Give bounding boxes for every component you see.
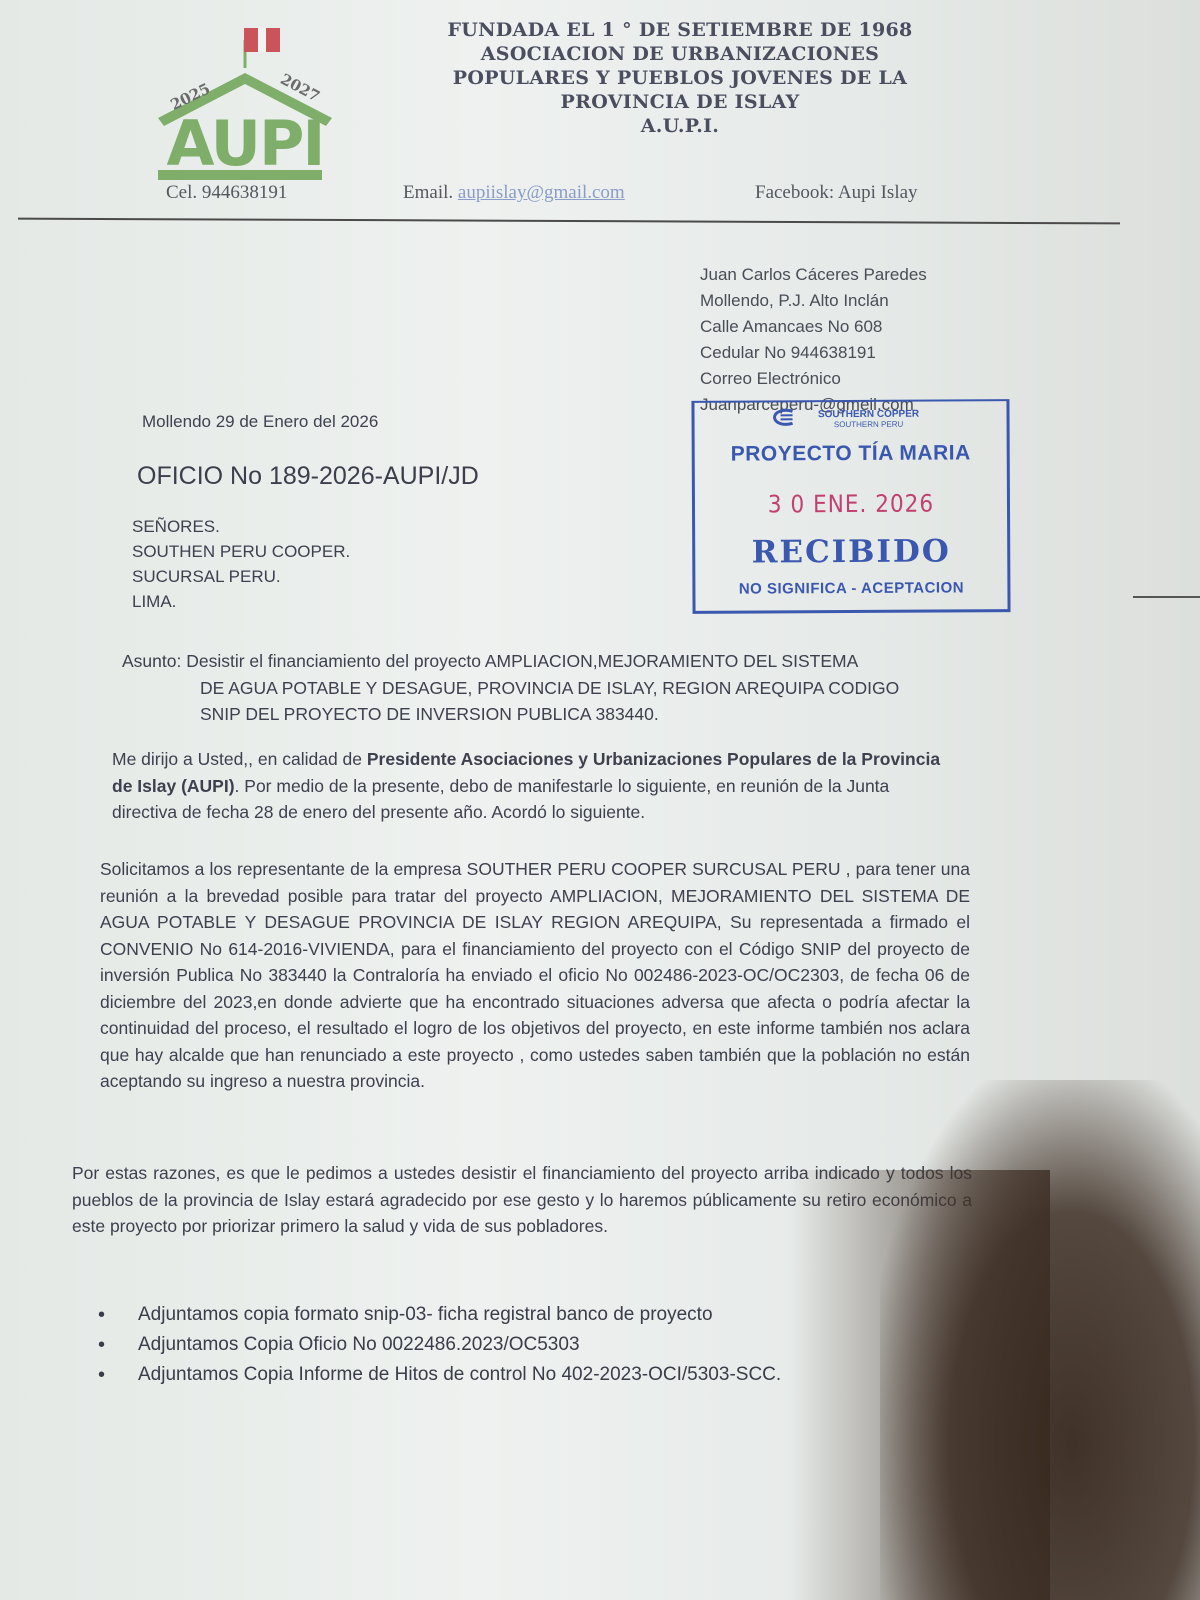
subject: Asunto: Desistir el financiamiento del p…	[122, 648, 962, 728]
sender-address: Mollendo, P.J. Alto Inclán	[700, 288, 927, 314]
stamp-company: SOUTHERN COPPER SOUTHERN PERU	[798, 410, 938, 431]
subject-line: Desistir el financiamiento del proyecto …	[186, 651, 858, 671]
stamp-project: PROYECTO TÍA MARIA	[695, 441, 1007, 467]
phone: Cel. 944638191	[166, 182, 287, 204]
attachment-item: Adjuntamos Copia Informe de Hitos de con…	[96, 1360, 781, 1390]
stamp-company-name: SOUTHERN COPPER	[818, 409, 919, 421]
attachment-item: Adjuntamos Copia Oficio No 0022486.2023/…	[96, 1330, 781, 1360]
document-reference: OFICIO No 189-2026-AUPI/JD	[137, 462, 479, 491]
recipient-line: SEÑORES.	[132, 514, 350, 539]
attachment-item: Adjuntamos copia formato snip-03- ficha …	[96, 1300, 781, 1330]
facebook: Facebook: Aupi Islay	[755, 182, 918, 204]
letterhead-divider	[18, 218, 1120, 225]
house-flag-logo-icon: 2025 2027 AUPI	[150, 18, 340, 188]
title-line: FUNDADA EL 1 ° DE SETIEMBRE DE 1968	[420, 18, 940, 42]
title-line: POPULARES Y PUEBLOS JOVENES DE LA	[420, 66, 940, 90]
received-stamp: SOUTHERN COPPER SOUTHERN PERU PROYECTO T…	[691, 399, 1010, 614]
place-date: Mollendo 29 de Enero del 2026	[142, 412, 378, 432]
closing-paragraph: Por estas razones, es que le pedimos a u…	[72, 1160, 972, 1240]
email-block: Email. aupiislay@gmail.com	[403, 182, 625, 204]
stamp-company-sub: SOUTHERN PERU	[799, 420, 939, 431]
title-line: ASOCIACION DE URBANIZACIONES	[420, 42, 940, 66]
intro-text: Me dirijo a Usted,, en calidad de	[112, 749, 367, 769]
subject-line: DE AGUA POTABLE Y DESAGUE, PROVINCIA DE …	[122, 675, 962, 702]
email-label: Email.	[403, 182, 453, 203]
sender-name: Juan Carlos Cáceres Paredes	[700, 262, 927, 288]
recipient-line: SUCURSAL PERU.	[132, 564, 350, 589]
subject-label: Asunto:	[122, 648, 181, 675]
recipient-block: SEÑORES. SOUTHEN PERU COOPER. SUCURSAL P…	[132, 514, 350, 614]
organization-title: FUNDADA EL 1 ° DE SETIEMBRE DE 1968 ASOC…	[420, 18, 940, 138]
aupi-logo: 2025 2027 AUPI	[150, 18, 340, 188]
edge-line	[1133, 596, 1200, 598]
body-paragraph: Solicitamos a los representante de la em…	[100, 856, 970, 1095]
stamp-status: RECIBIDO	[695, 533, 1007, 571]
recipient-line: LIMA.	[132, 589, 350, 614]
sender-email-label: Correo Electrónico	[700, 366, 927, 392]
title-line: PROVINCIA DE ISLAY	[420, 90, 940, 114]
sender-phone: Cedular No 944638191	[700, 340, 927, 366]
email-link[interactable]: aupiislay@gmail.com	[458, 182, 625, 203]
photo-shadow-dark	[880, 1080, 1200, 1600]
sender-street: Calle Amancaes No 608	[700, 314, 927, 340]
stamp-note: NO SIGNIFICA - ACEPTACION	[695, 579, 1007, 598]
stamp-date: 3 0 ENE. 2026	[695, 489, 1007, 519]
sender-block: Juan Carlos Cáceres Paredes Mollendo, P.…	[700, 262, 927, 418]
title-line: A.U.P.I.	[420, 114, 940, 138]
recipient-line: SOUTHEN PERU COOPER.	[132, 539, 350, 564]
attachments-list: Adjuntamos copia formato snip-03- ficha …	[96, 1300, 781, 1390]
svg-text:AUPI: AUPI	[167, 107, 324, 180]
southern-copper-logo-icon	[772, 408, 794, 426]
intro-paragraph: Me dirijo a Usted,, en calidad de Presid…	[112, 746, 942, 826]
subject-line: SNIP DEL PROYECTO DE INVERSION PUBLICA 3…	[122, 701, 962, 728]
